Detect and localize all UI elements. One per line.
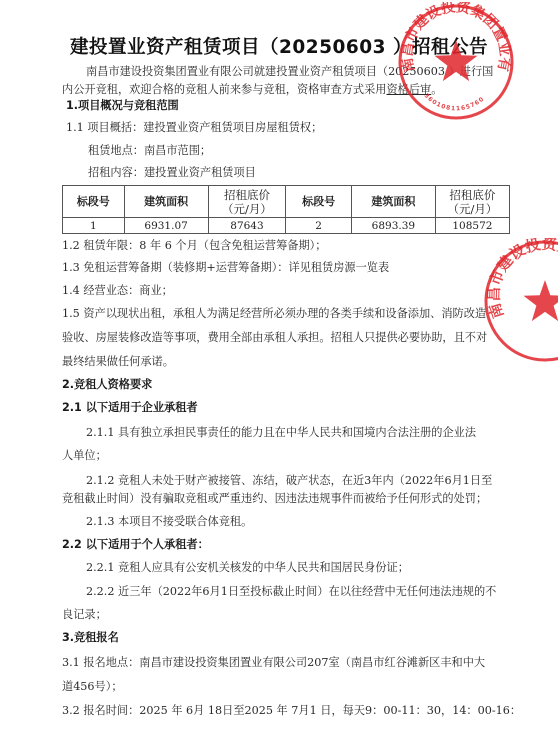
price-header-line2: （元/月）: [436, 202, 509, 216]
cell-area: 6931.07: [124, 218, 208, 234]
company-seal-stamp-partial: 南昌市建设投资集团置业有限公司: [482, 238, 558, 364]
company-seal-stamp: 南昌市建设投资集团置业有限公司 3601081165760: [396, 2, 516, 122]
lease-location: 租赁地点：南昌市范围；: [88, 142, 211, 158]
item-3-1-line-2: 道456号）；: [62, 678, 123, 694]
price-header-line2: （元/月）: [209, 202, 286, 216]
cell-lot-no-2: 2: [286, 218, 352, 234]
item-2-1: 2.1 以下适用于企业承租者: [62, 399, 198, 415]
item-2-2: 2.2 以下适用于个人承租者：: [62, 536, 209, 552]
intro-end: 。: [431, 83, 442, 96]
col-lot-no: 标段号: [63, 186, 125, 218]
item-1-2: 1.2 租赁年限：8 年 6 个月（包含免租运营筹备期）；: [62, 237, 326, 253]
item-1-1: 1.1 项目概括：建投置业资产租赁项目房屋租赁权；: [66, 119, 322, 135]
lease-content: 招租内容：建投置业资产租赁项目: [88, 164, 256, 180]
item-3-2: 3.2 报名时间：2025 年 6月 18日至2025 年 7月1 日，每天9：…: [62, 702, 521, 718]
star-icon: [524, 280, 558, 321]
price-header-line1: 招租底价: [436, 188, 509, 202]
item-1-4: 1.4 经营业态：商业；: [62, 282, 173, 298]
cell-price-2: 108572: [435, 218, 509, 234]
item-2-1-2-line-1: 2.1.2 竞租人未处于财产被接管、冻结，破产状态，在近3年内（2022年6月1…: [86, 472, 492, 488]
item-2-1-1-line-2: 人单位；: [62, 447, 107, 463]
item-2-2-2-line-1: 2.2.2 近三年（2022年6月1日至投标截止时间）在以往经营中无任何违法违规…: [86, 583, 496, 599]
item-2-2-1: 2.2.1 竞租人应具有公安机关核发的中华人民共和国居民身份证；: [86, 559, 409, 575]
svg-text:南昌市建设投资集团置业有限公司: 南昌市建设投资集团置业有限公司: [482, 238, 558, 321]
cell-price: 87643: [208, 218, 286, 234]
item-2-1-3: 2.1.3 本项目不接受联合体竞租。: [86, 513, 252, 529]
item-1-5-line-2: 验收、房屋装修改造等事项，费用全部由承租人承担。招租人只提供必要协助，且不对: [62, 329, 487, 345]
item-2-1-2-line-2: 竞租截止时间）没有骗取竞租或严重违约、因违法违规事件而被给予任何形式的处罚；: [62, 490, 487, 506]
seal-text-partial: 南昌市建设投资集团置业有限公司: [482, 238, 558, 321]
document-title: 建投置业资产租赁项目（20250603 ）招租公告: [0, 33, 558, 59]
item-2-1-1-line-1: 2.1.1 具有独立承担民事责任的能力且在中华人民共和国境内合法注册的企业法: [86, 424, 476, 440]
table-header-row: 标段号 建筑面积 招租底价（元/月） 标段号 建筑面积 招租底价（元/月）: [63, 186, 510, 218]
table-row: 1 6931.07 87643 2 6893.39 108572: [63, 218, 510, 234]
intro-line-1: 南昌市建设投资集团置业有限公司就建投置业资产租赁项目（20250603 ）进行国: [86, 63, 493, 79]
intro-line-2: 内公开竞租，欢迎合格的竞租人前来参与竞租，资格审查方式采用资格后审。: [62, 81, 442, 97]
item-2-2-2-line-2: 良记录；: [62, 606, 107, 622]
cell-lot-no: 1: [63, 218, 125, 234]
cell-area-2: 6893.39: [351, 218, 435, 234]
col-area-2: 建筑面积: [351, 186, 435, 218]
item-1-5-line-3: 最终结果做任何承诺。: [62, 353, 174, 369]
item-1-5-line-1: 1.5 资产以现状出租，承租人为满足经营所必须办理的各类手续和设备添加、消防改造: [62, 305, 486, 321]
item-3-1-line-1: 3.1 报名地点：南昌市建设投资集团置业有限公司207室（南昌市红谷滩新区丰和中…: [62, 654, 485, 670]
intro-text: 内公开竞租，欢迎合格的竞租人前来参与竞租，资格审查方式采用: [62, 83, 386, 96]
section-2-heading: 2.竞租人资格要求: [62, 376, 152, 392]
col-area: 建筑面积: [124, 186, 208, 218]
col-price-2: 招租底价（元/月）: [435, 186, 509, 218]
review-method: 资格后审: [386, 83, 431, 96]
price-header-line1: 招租底价: [209, 188, 286, 202]
section-1-heading: 1.项目概况与竞租范围: [66, 97, 179, 113]
col-price: 招租底价（元/月）: [208, 186, 286, 218]
section-3-heading: 3.竞租报名: [62, 629, 119, 645]
col-lot-no-2: 标段号: [286, 186, 352, 218]
item-1-3: 1.3 免租运营筹备期（装修期+运营筹备期）：详见租赁房源一览表: [62, 259, 389, 275]
lot-table: 标段号 建筑面积 招租底价（元/月） 标段号 建筑面积 招租底价（元/月） 1 …: [62, 185, 510, 234]
announcement-page: 建投置业资产租赁项目（20250603 ）招租公告 南昌市建设投资集团置业有限公…: [0, 0, 558, 738]
